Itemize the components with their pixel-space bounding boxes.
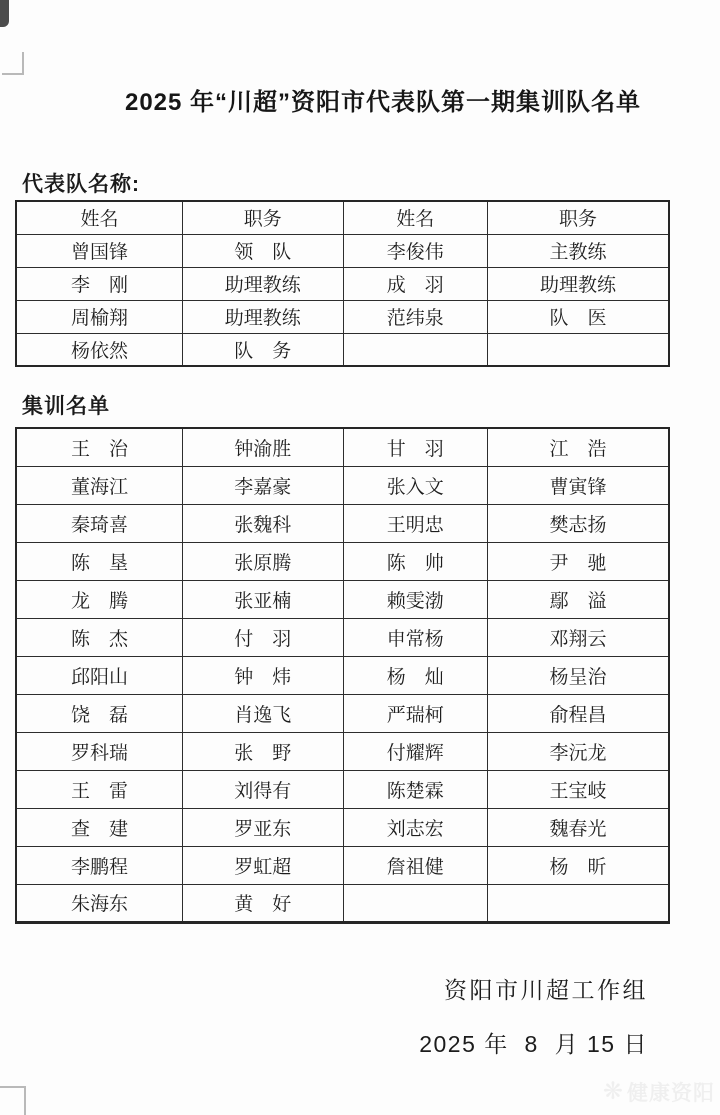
crop-corner-mark-bottom-left [0,1086,26,1115]
table-cell: 队 医 [487,300,669,333]
table-cell [487,333,669,366]
table-cell: 查 建 [16,808,183,846]
table-cell: 姓名 [343,201,487,234]
roster-section-label: 集训名单 [22,390,110,420]
table-cell: 肖逸飞 [183,694,344,732]
table-row: 陈 杰付 羽申常杨邓翔云 [16,618,669,656]
table-cell: 甘 羽 [343,428,487,466]
table-cell: 王宝岐 [487,770,669,808]
table-cell: 魏春光 [487,808,669,846]
table-header-row: 姓名职务姓名职务 [16,201,669,234]
table-cell: 李鹏程 [16,846,183,884]
table-cell: 赖雯渤 [343,580,487,618]
table-cell: 主教练 [487,234,669,267]
table-row: 董海江李嘉豪张入文曹寅锋 [16,466,669,504]
table-cell: 杨 灿 [343,656,487,694]
signature-block: 资阳市川超工作组 2025 年 8 月 15 日 [419,972,648,1059]
table-cell: 樊志扬 [487,504,669,542]
table-cell: 王 治 [16,428,183,466]
roster-table-body: 王 治钟渝胜甘 羽江 浩董海江李嘉豪张入文曹寅锋秦琦喜张魏科王明忠樊志扬陈 垦张… [16,428,669,922]
table-cell: 助理教练 [183,267,344,300]
table-cell: 杨依然 [16,333,183,366]
table-cell: 邓翔云 [487,618,669,656]
table-cell: 张入文 [343,466,487,504]
table-cell: 曾国锋 [16,234,183,267]
watermark: ❋ 健康资阳 [603,1077,715,1107]
table-cell: 李 刚 [16,267,183,300]
table-cell: 领 队 [183,234,344,267]
table-cell: 刘志宏 [343,808,487,846]
table-cell: 申常杨 [343,618,487,656]
table-cell: 范纬泉 [343,300,487,333]
table-cell: 杨 昕 [487,846,669,884]
table-cell: 罗亚东 [183,808,344,846]
table-row: 罗科瑞张 野付耀辉李沅龙 [16,732,669,770]
table-cell [487,884,669,922]
roster-table: 王 治钟渝胜甘 羽江 浩董海江李嘉豪张入文曹寅锋秦琦喜张魏科王明忠樊志扬陈 垦张… [15,427,670,924]
table-cell: 刘得有 [183,770,344,808]
table-cell [343,884,487,922]
table-cell: 陈楚霖 [343,770,487,808]
table-cell: 尹 驰 [487,542,669,580]
table-cell: 张亚楠 [183,580,344,618]
table-row: 李 刚助理教练成 羽助理教练 [16,267,669,300]
watermark-flower-icon: ❋ [603,1080,624,1104]
table-cell: 鄢 溢 [487,580,669,618]
table-cell: 王 雷 [16,770,183,808]
table-row: 龙 腾张亚楠赖雯渤鄢 溢 [16,580,669,618]
table-cell: 陈 帅 [343,542,487,580]
table-row: 杨依然队 务 [16,333,669,366]
table-cell: 秦琦喜 [16,504,183,542]
table-cell: 职务 [183,201,344,234]
table-cell: 李沅龙 [487,732,669,770]
table-row: 秦琦喜张魏科王明忠樊志扬 [16,504,669,542]
staff-table-body: 姓名职务姓名职务曾国锋领 队李俊伟主教练李 刚助理教练成 羽助理教练周榆翔助理教… [16,201,669,366]
table-cell: 付 羽 [183,618,344,656]
table-row: 朱海东黄 好 [16,884,669,922]
table-cell: 龙 腾 [16,580,183,618]
table-cell: 张 野 [183,732,344,770]
signature-org: 资阳市川超工作组 [419,972,648,1005]
crop-corner-mark-top-left [2,52,24,75]
table-cell: 俞程昌 [487,694,669,732]
table-row: 饶 磊肖逸飞严瑞柯俞程昌 [16,694,669,732]
table-cell: 陈 杰 [16,618,183,656]
staff-section-label: 代表队名称: [22,168,140,198]
table-cell: 张原腾 [183,542,344,580]
table-row: 陈 垦张原腾陈 帅尹 驰 [16,542,669,580]
table-row: 王 雷刘得有陈楚霖王宝岐 [16,770,669,808]
table-cell: 王明忠 [343,504,487,542]
table-cell: 严瑞柯 [343,694,487,732]
table-row: 查 建罗亚东刘志宏魏春光 [16,808,669,846]
table-row: 曾国锋领 队李俊伟主教练 [16,234,669,267]
table-cell: 助理教练 [183,300,344,333]
watermark-text: 健康资阳 [627,1077,715,1107]
table-cell: 助理教练 [487,267,669,300]
table-row: 李鹏程罗虹超詹祖健杨 昕 [16,846,669,884]
table-cell: 职务 [487,201,669,234]
table-row: 周榆翔助理教练范纬泉队 医 [16,300,669,333]
document-title: 2025 年“川超”资阳市代表队第一期集训队名单 [0,82,720,117]
table-cell [343,333,487,366]
document-page: 2025 年“川超”资阳市代表队第一期集训队名单 代表队名称: 姓名职务姓名职务… [0,0,720,1115]
table-cell: 钟 炜 [183,656,344,694]
table-cell: 饶 磊 [16,694,183,732]
table-cell: 付耀辉 [343,732,487,770]
table-cell: 成 羽 [343,267,487,300]
table-cell: 江 浩 [487,428,669,466]
table-cell: 黄 好 [183,884,344,922]
table-cell: 队 务 [183,333,344,366]
table-row: 邱阳山钟 炜杨 灿杨呈治 [16,656,669,694]
table-cell: 董海江 [16,466,183,504]
table-cell: 钟渝胜 [183,428,344,466]
table-cell: 张魏科 [183,504,344,542]
table-cell: 曹寅锋 [487,466,669,504]
table-cell: 罗虹超 [183,846,344,884]
table-cell: 邱阳山 [16,656,183,694]
table-cell: 周榆翔 [16,300,183,333]
table-cell: 杨呈治 [487,656,669,694]
staff-table: 姓名职务姓名职务曾国锋领 队李俊伟主教练李 刚助理教练成 羽助理教练周榆翔助理教… [15,200,670,367]
photo-edge-smudge [0,0,9,27]
table-row: 王 治钟渝胜甘 羽江 浩 [16,428,669,466]
table-cell: 陈 垦 [16,542,183,580]
table-cell: 朱海东 [16,884,183,922]
table-cell: 詹祖健 [343,846,487,884]
signature-date: 2025 年 8 月 15 日 [419,1026,648,1059]
table-cell: 李俊伟 [343,234,487,267]
table-cell: 罗科瑞 [16,732,183,770]
table-cell: 姓名 [16,201,183,234]
table-cell: 李嘉豪 [183,466,344,504]
